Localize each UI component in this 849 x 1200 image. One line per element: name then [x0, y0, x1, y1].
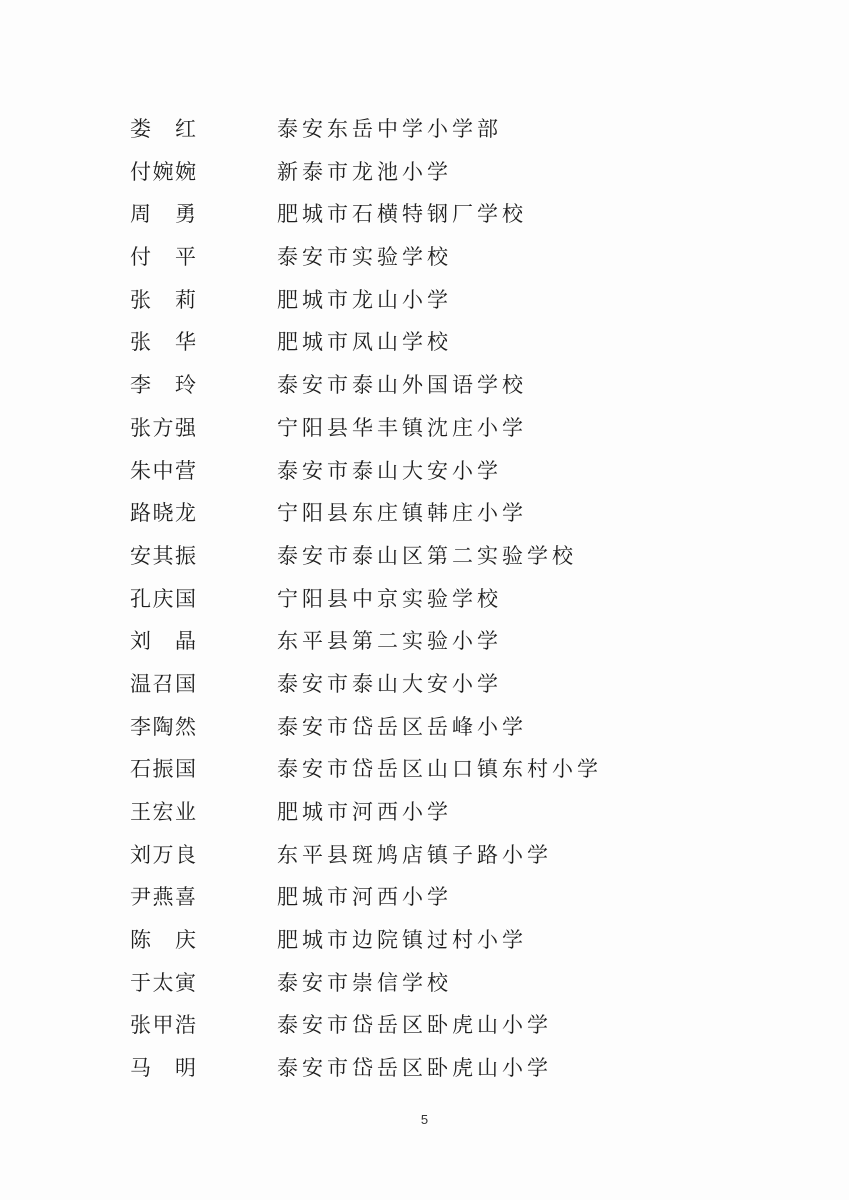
person-name: 尹燕喜	[130, 876, 196, 919]
school-name: 宁阳县中京实验学校	[277, 578, 502, 621]
school-name: 宁阳县华丰镇沈庄小学	[277, 407, 527, 450]
page-number: 5	[0, 1112, 849, 1127]
person-name: 李陶然	[130, 706, 196, 749]
school-name: 泰安东岳中学小学部	[277, 108, 502, 151]
person-name: 刘晶	[130, 620, 196, 663]
person-name: 刘万良	[130, 834, 196, 877]
school-name: 宁阳县东庄镇韩庄小学	[277, 492, 527, 535]
person-name: 路晓龙	[130, 492, 196, 535]
school-name: 肥城市石横特钢厂学校	[277, 193, 527, 236]
person-name: 安其振	[130, 535, 196, 578]
person-name: 朱中营	[130, 450, 196, 493]
list-item: 张甲浩泰安市岱岳区卧虎山小学	[130, 1004, 730, 1047]
list-item: 尹燕喜肥城市河西小学	[130, 876, 730, 919]
person-name: 温召国	[130, 663, 196, 706]
school-name: 泰安市崇信学校	[277, 962, 452, 1005]
person-name: 张华	[130, 321, 196, 364]
school-name: 东平县斑鸠店镇子路小学	[277, 834, 552, 877]
list-item: 张华肥城市凤山学校	[130, 321, 730, 364]
person-name: 张方强	[130, 407, 196, 450]
list-item: 娄红泰安东岳中学小学部	[130, 108, 730, 151]
list-item: 温召国泰安市泰山大安小学	[130, 663, 730, 706]
document-page: 娄红泰安东岳中学小学部付婉婉新泰市龙池小学周勇肥城市石横特钢厂学校付平泰安市实验…	[0, 0, 849, 1200]
list-item: 张方强宁阳县华丰镇沈庄小学	[130, 407, 730, 450]
person-name: 王宏业	[130, 791, 196, 834]
school-name: 泰安市岱岳区卧虎山小学	[277, 1004, 552, 1047]
school-name: 泰安市泰山区第二实验学校	[277, 535, 577, 578]
school-name: 泰安市泰山外国语学校	[277, 364, 527, 407]
list-item: 孔庆国宁阳县中京实验学校	[130, 578, 730, 621]
school-name: 肥城市河西小学	[277, 876, 452, 919]
school-name: 肥城市凤山学校	[277, 321, 452, 364]
school-name: 泰安市泰山大安小学	[277, 450, 502, 493]
school-name: 新泰市龙池小学	[277, 151, 452, 194]
list-item: 付婉婉新泰市龙池小学	[130, 151, 730, 194]
person-name: 周勇	[130, 193, 196, 236]
list-item: 张莉肥城市龙山小学	[130, 279, 730, 322]
school-name: 肥城市河西小学	[277, 791, 452, 834]
school-name: 泰安市岱岳区卧虎山小学	[277, 1047, 552, 1090]
person-name: 娄红	[130, 108, 196, 151]
person-name: 马明	[130, 1047, 196, 1090]
person-name: 孔庆国	[130, 578, 196, 621]
school-name: 泰安市岱岳区山口镇东村小学	[277, 748, 602, 791]
list-item: 陈庆肥城市边院镇过村小学	[130, 919, 730, 962]
list-item: 王宏业肥城市河西小学	[130, 791, 730, 834]
school-name: 肥城市边院镇过村小学	[277, 919, 527, 962]
school-name: 东平县第二实验小学	[277, 620, 502, 663]
list-item: 朱中营泰安市泰山大安小学	[130, 450, 730, 493]
person-name: 于太寅	[130, 962, 196, 1005]
school-name: 肥城市龙山小学	[277, 279, 452, 322]
list-item: 李陶然泰安市岱岳区岳峰小学	[130, 706, 730, 749]
list-item: 于太寅泰安市崇信学校	[130, 962, 730, 1005]
list-item: 马明泰安市岱岳区卧虎山小学	[130, 1047, 730, 1090]
list-item: 刘晶东平县第二实验小学	[130, 620, 730, 663]
person-name: 张莉	[130, 279, 196, 322]
list-item: 路晓龙宁阳县东庄镇韩庄小学	[130, 492, 730, 535]
school-name: 泰安市泰山大安小学	[277, 663, 502, 706]
list-item: 石振国泰安市岱岳区山口镇东村小学	[130, 748, 730, 791]
person-name: 李玲	[130, 364, 196, 407]
list-item: 刘万良东平县斑鸠店镇子路小学	[130, 834, 730, 877]
person-name: 付婉婉	[130, 151, 196, 194]
list-item: 付平泰安市实验学校	[130, 236, 730, 279]
person-name: 付平	[130, 236, 196, 279]
school-name: 泰安市岱岳区岳峰小学	[277, 706, 527, 749]
person-name: 陈庆	[130, 919, 196, 962]
name-school-list: 娄红泰安东岳中学小学部付婉婉新泰市龙池小学周勇肥城市石横特钢厂学校付平泰安市实验…	[130, 108, 730, 1090]
person-name: 张甲浩	[130, 1004, 196, 1047]
list-item: 李玲泰安市泰山外国语学校	[130, 364, 730, 407]
person-name: 石振国	[130, 748, 196, 791]
school-name: 泰安市实验学校	[277, 236, 452, 279]
list-item: 周勇肥城市石横特钢厂学校	[130, 193, 730, 236]
list-item: 安其振泰安市泰山区第二实验学校	[130, 535, 730, 578]
